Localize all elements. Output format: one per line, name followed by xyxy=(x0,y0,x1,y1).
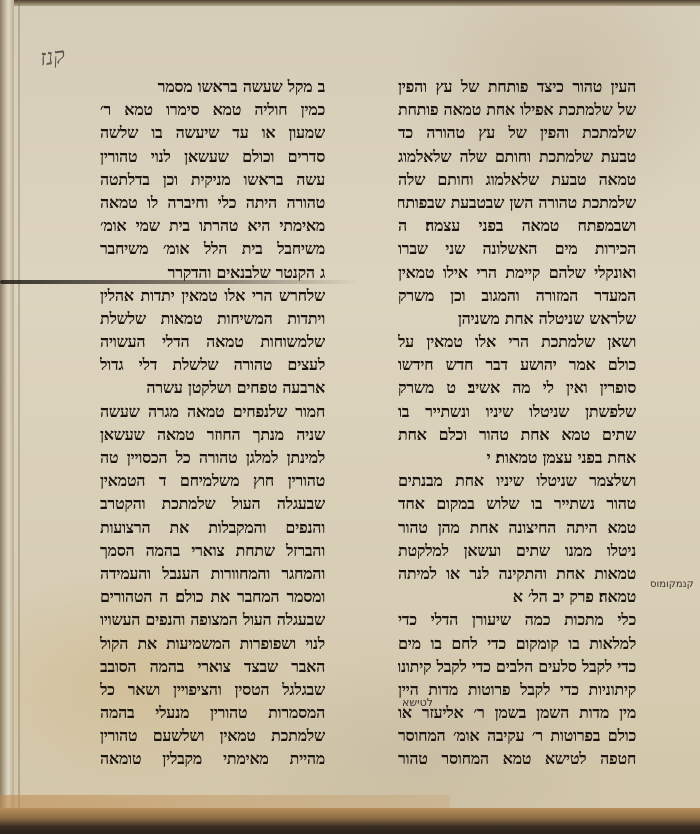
page-top-edge xyxy=(0,0,700,6)
manuscript-line: טמאות אחת והתקינה לנר או למיתה xyxy=(398,562,636,585)
manuscript-line: עשה בראשו מניקית וכן בדלתטה xyxy=(100,168,325,191)
manuscript-line: לנוי ושפופרות המשמיעות את הקול xyxy=(100,632,325,655)
manuscript-line: סופרין ואין לי מה אשיב׃ ט משרק xyxy=(398,376,636,399)
manuscript-line: ושאן שלמתכת הרי אלו טמאין על xyxy=(398,330,636,353)
manuscript-line: שניה מנתך החוזר טמאה שעשאן xyxy=(100,423,325,446)
manuscript-line: כולם אמר יהושע דבר חדש חידשו xyxy=(398,353,636,376)
manuscript-line: חטפה לטישא טמא המחוסר טהור xyxy=(398,747,636,770)
manuscript-line: שלמשוחות טמאה הדלי העשויה xyxy=(100,330,325,353)
page-bottom-edge xyxy=(0,808,700,834)
manuscript-line: והמחגר והמחוורות הענבל והעמידה xyxy=(100,562,325,585)
manuscript-line: ואונקלי שלהם קיימת הרי אילו טמאין xyxy=(398,261,636,284)
manuscript-page: קנז העין טהור כיצד פותחת של עץ והפיןשל ש… xyxy=(0,0,700,834)
manuscript-line: אחת בפני עצמן טמאות׃ י xyxy=(398,446,636,469)
manuscript-line: טבעת שלמתכת וחותם שלה שלאלמוג xyxy=(398,145,636,168)
manuscript-line: מהיית מאימתי מקבלין טומאה xyxy=(100,747,325,770)
manuscript-line: שבגלגל הטסין והציפויין ושאר כל xyxy=(100,678,325,701)
manuscript-line: למינתן למלגן טהורה כל הכסויין טה xyxy=(100,446,325,469)
manuscript-line: שלמתכת טהורה השן שבטבעת שבפותחת xyxy=(398,191,636,214)
manuscript-line: הכירות מים האשלונה שני שברו xyxy=(398,237,636,260)
manuscript-line: ב מקל שעשה בראשו מסמר xyxy=(100,75,325,98)
manuscript-line: ארבעה טפחים ושלקטן עשרה xyxy=(100,376,325,399)
manuscript-line: טמא היתה החיצונה אחת מהן טהור xyxy=(398,516,636,539)
manuscript-line: ושלצמר שניטלו שיניו אחת מבנתים xyxy=(398,469,636,492)
manuscript-line: שלמתכת טמאין ושלשעם טהורין xyxy=(100,724,325,747)
manuscript-line: שבעגלה העול המצופה והנפים העשויות xyxy=(100,608,325,631)
manuscript-line: והברזל שתחת צוארי בהמה הסמך xyxy=(100,539,325,562)
ruling-margin-line xyxy=(18,0,20,834)
manuscript-line: ניטלו ממנו שתים ועשאן למלקטת xyxy=(398,539,636,562)
manuscript-line: ושבמפתח טמאה בפני עצמה׃ ה xyxy=(398,214,636,237)
marginal-gloss: קנמקומוס xyxy=(650,579,694,590)
manuscript-line: טמאה׃ פרק יב הל׳ א xyxy=(398,585,636,608)
manuscript-line: טהור נשתייר בו שלוש במקום אחד xyxy=(398,492,636,515)
manuscript-line: שלראש שניטלה אחת משניהן xyxy=(398,307,636,330)
manuscript-line: ומסמר המחבר את כולם׃ ה הטהורים xyxy=(100,585,325,608)
manuscript-line: משיחבל בית הלל אומ׳ משיחבר xyxy=(100,237,325,260)
manuscript-line: חמור שלנפחים טמאה מגרה שעשה xyxy=(100,400,325,423)
manuscript-line: טהורה היתה כלי וחיברה לו טמאה xyxy=(100,191,325,214)
manuscript-line: האבר שבצד צוארי בהמה הסובב xyxy=(100,655,325,678)
manuscript-line: כדי לקבל סלעים הלבים כדי לקבל קיתונות xyxy=(398,655,636,678)
manuscript-line: למלאות בו קומקום כדי לחם בו מים xyxy=(398,632,636,655)
manuscript-line: שלחרש הרי אלו טמאין יתדות אהלין xyxy=(100,284,325,307)
manuscript-line: שמעון או עד שיעשה בו שלשה xyxy=(100,121,325,144)
manuscript-line: טהורין חוץ משלמיחם ד הטמאין xyxy=(100,469,325,492)
text-column-left: ב מקל שעשה בראשו מסמרכמין חוליה טמא סימר… xyxy=(100,75,325,771)
manuscript-line: של שלמתכת אפילו אחת טמאה פותחת xyxy=(398,98,636,121)
folio-number: קנז xyxy=(38,42,66,71)
catchword: לטישא xyxy=(402,696,433,709)
manuscript-line: כמין חוליה טמא סימרו טמא ר׳ xyxy=(100,98,325,121)
manuscript-line: שלפשתן שניטלו שיניו ונשתייר בו xyxy=(398,400,636,423)
manuscript-line: והנפים והמקבלות את הרצועות xyxy=(100,516,325,539)
manuscript-line: שתים טמא אחת טהור וכלם אחת xyxy=(398,423,636,446)
manuscript-line: ג הקנטר שלבנאים והדקרר xyxy=(100,261,325,284)
manuscript-line: העין טהור כיצד פותחת של עץ והפין xyxy=(398,75,636,98)
manuscript-line: שלמתכת והפין של עץ טהורה כד xyxy=(398,121,636,144)
manuscript-line: לעצים טהורה שלשלת דלי גדול xyxy=(100,353,325,376)
manuscript-line: שבעגלה העול שלמתכת והקטרב xyxy=(100,492,325,515)
manuscript-line: סדרים וכולם שעשאן לנוי טהורין xyxy=(100,145,325,168)
text-column-right: העין טהור כיצד פותחת של עץ והפיןשל שלמתכ… xyxy=(398,75,636,771)
binding-edge xyxy=(0,0,14,834)
manuscript-line: ויתדות המשיחות טמאות שלשלת xyxy=(100,307,325,330)
manuscript-line: כלי מתכות כמה שיעורן הדלי כדי xyxy=(398,608,636,631)
manuscript-line: קיתוניות כדי לקבל פרוטות מדות היין xyxy=(398,678,636,701)
manuscript-line: המסמרות טהורין מנעלי בהמה xyxy=(100,701,325,724)
manuscript-line: מין מדות השמן בשמן ר׳ אליעזר או xyxy=(398,701,636,724)
manuscript-line: המעדר המזורה והמגוב וכן משרק xyxy=(398,284,636,307)
manuscript-line: מאימתי היא טהרתו בית שמי אומ׳ xyxy=(100,214,325,237)
manuscript-line: כולם בפרוטות ר׳ עקיבה אומ׳ המחוסר xyxy=(398,724,636,747)
manuscript-line: טמאה טבעת שלאלמוג וחותם שלה xyxy=(398,168,636,191)
